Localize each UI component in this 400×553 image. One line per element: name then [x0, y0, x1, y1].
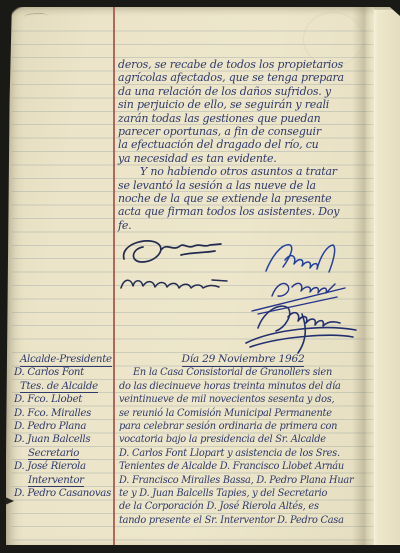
text-line: Tenientes de Alcalde D. Francisco Llobet…	[119, 460, 367, 473]
text-line: de la Corporación D. José Rierola Altés,…	[119, 500, 367, 513]
text-line: zarán todas las gestiones que puedan	[118, 112, 368, 125]
text-line: Y no habiendo otros asuntos a tratar	[118, 165, 368, 178]
margin-entry: Ttes. de Alcalde	[14, 380, 116, 393]
text-line: te y D. Juan Balcells Tapies, y del Secr…	[119, 487, 367, 500]
page-corner-top-left	[8, 5, 26, 23]
text-line: noche de la que se extiende la presente	[118, 192, 368, 205]
signature-1	[124, 241, 221, 262]
margin-entry: D. Pedro Plana	[14, 420, 116, 433]
margin-entry: D. Juan Balcells	[14, 433, 116, 446]
margin-entry: D. Pedro Casanovas	[14, 487, 116, 500]
text-line: agrícolas afectados, que se tenga prepar…	[118, 71, 368, 84]
signature-3	[266, 245, 335, 272]
text-line: veintinueve de mil novecientos sesenta y…	[119, 393, 367, 406]
text-line: la efectuación del dragado del río, cu	[118, 138, 368, 151]
text-line: do las diecinueve horas treinta minutos …	[119, 380, 367, 393]
text-line: tando presente el Sr. Interventor D. Ped…	[119, 514, 367, 527]
continuation-paragraph: deros, se recabe de todos los propietari…	[118, 58, 368, 232]
signatures-block	[0, 235, 400, 360]
text-line: vocatoria bajo la presidencia del Sr. Al…	[119, 433, 367, 446]
margin-entry: D. Carlos Font	[14, 366, 116, 379]
text-line: ya necesidad es tan evidente.	[118, 152, 368, 165]
signature-2	[121, 280, 227, 288]
session-paragraph: Día 29 Noviembre 1962 En la Casa Consist…	[119, 353, 367, 527]
text-line: para celebrar sesión ordinaria de primer…	[119, 420, 367, 433]
margin-entry: Interventor	[14, 474, 116, 487]
margin-entry: D. Fco. Miralles	[14, 407, 116, 420]
text-line: deros, se recabe de todos los propietari…	[118, 58, 368, 71]
text-line: parecer oportunas, a fin de conseguir	[118, 125, 368, 138]
session-date-heading: Día 29 Noviembre 1962	[119, 353, 367, 366]
text-line: acta que firman todos los asistentes. Do…	[118, 205, 368, 218]
text-line: fe.	[118, 219, 368, 232]
text-line: se levantó la sesión a las nueve de la	[118, 179, 368, 192]
text-line: da una relación de los daños sufridos. y	[118, 85, 368, 98]
text-line: D. Francisco Miralles Bassa, D. Pedro Pl…	[119, 474, 367, 487]
margin-entry: D. José Rierola	[14, 460, 116, 473]
signature-4	[252, 283, 345, 314]
text-line: D. Carlos Font Llopart y asistencia de l…	[119, 447, 367, 460]
scanned-page: deros, se recabe de todos los propietari…	[0, 0, 400, 553]
text-line: sin perjuicio de ello, se seguirán y rea…	[118, 98, 368, 111]
margin-entry: Alcalde-Presidente	[14, 353, 116, 366]
margin-entry: D. Fco. Llobet	[14, 393, 116, 406]
attendees-margin-list: Alcalde-Presidente D. Carlos Font Ttes. …	[14, 353, 116, 500]
margin-entry: Secretario	[14, 447, 116, 460]
photo-edge-top	[0, 0, 400, 7]
photo-edge-bottom	[0, 545, 400, 553]
text-line: En la Casa Consistorial de Granollers si…	[119, 366, 367, 379]
text-line: se reunió la Comisión Municipal Permanen…	[119, 407, 367, 420]
